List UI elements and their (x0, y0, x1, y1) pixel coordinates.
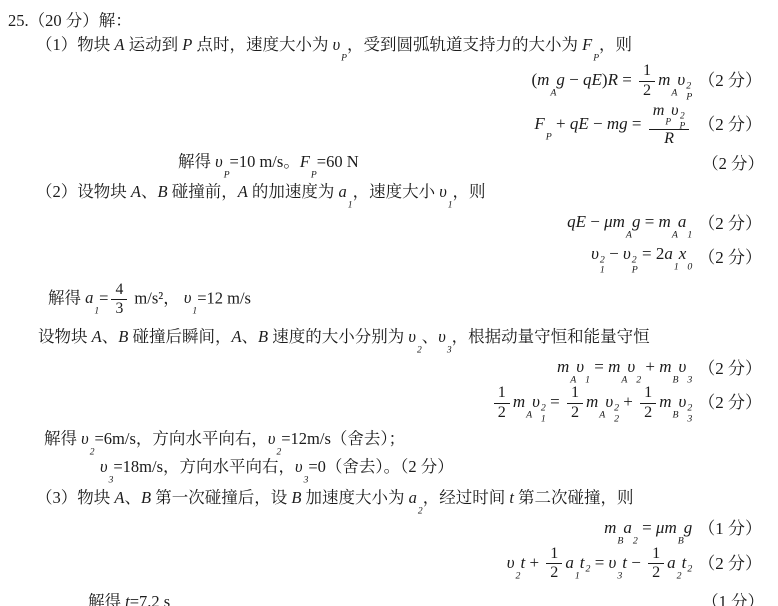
eq-energy-score: （2 分） (698, 70, 762, 93)
eq-kinematics-score: （2 分） (698, 247, 762, 270)
eq-circular-motion: FP + qE − mg = mPυ2PR （2 分） (8, 102, 764, 148)
solve-v2-line: 解得 υ2=6m/s，方向水平向右，υ2=12m/s（舍去）； (8, 428, 764, 454)
solve-vp-score: （2 分） (702, 153, 764, 175)
eq-kinetic-energy: 12mAυ21 = 12mAυ22 + 12mBυ23 （2 分） (8, 384, 764, 422)
eq-newton-a1-score: （2 分） (698, 213, 762, 236)
eq-energy-formula: (mAg − qE)R = 12mAυ2P (531, 62, 692, 100)
eq-kinetic-energy-score: （2 分） (698, 392, 762, 415)
eq-newton-a1: qE − μmAg = mAa1 （2 分） (8, 211, 764, 237)
problem-number-header: 25.（20 分）解： (8, 10, 764, 32)
eq-kinematics-formula: υ21 − υ2P = 2a1x0 (591, 243, 692, 273)
solve-vp-text: 解得 υP=10 m/s。FP=60 N (178, 151, 359, 177)
eq-momentum-formula: mAυ1 = mAυ2 + mBυ3 (557, 356, 692, 382)
eq-newton-b-formula: mBa2 = μmBg (604, 517, 692, 543)
exam-solution-page: 25.（20 分）解： （1）物块 A 运动到 P 点时，速度大小为 υP，受到… (0, 0, 778, 606)
eq-energy-at-p: (mAg − qE)R = 12mAυ2P （2 分） (8, 62, 764, 100)
step1-intro-line: （1）物块 A 运动到 P 点时，速度大小为 υP，受到圆弧轨道支持力的大小为 … (8, 34, 764, 60)
solve-v3-line: υ3=18m/s，方向水平向右，υ3=0（舍去）。（2 分） (8, 456, 764, 482)
eq-newton-a1-formula: qE − μmAg = mAa1 (567, 211, 692, 237)
step3-intro-line: （3）物块 A、B 第一次碰撞后，设 B 加速度大小为 a2，经过时间 t 第二… (8, 487, 764, 513)
solve-vp-line: 解得 υP=10 m/s。FP=60 N （2 分） (8, 151, 764, 177)
eq-newton-b-score: （1 分） (698, 518, 762, 541)
eq-kinematics: υ21 − υ2P = 2a1x0 （2 分） (8, 243, 764, 273)
step2-intro-line: （2）设物块 A、B 碰撞前，A 的加速度为 a1，速度大小 υ1，则 (8, 181, 764, 207)
solve-t-score: （1 分） (702, 591, 764, 606)
eq-momentum: mAυ1 = mAυ2 + mBυ3 （2 分） (8, 356, 764, 382)
eq-circular-score: （2 分） (698, 114, 762, 137)
eq-second-collision: υ2t + 12a1t2 = υ3t − 12a2t2 （2 分） (8, 545, 764, 583)
eq-circular-formula: FP + qE − mg = mPυ2PR (534, 102, 692, 148)
eq-newton-b: mBa2 = μmBg （1 分） (8, 517, 764, 543)
eq-momentum-score: （2 分） (698, 358, 762, 381)
collision-intro-line: 设物块 A、B 碰撞后瞬间，A、B 速度的大小分别为 υ2、υ3，根据动量守恒和… (8, 326, 764, 352)
eq-second-collision-score: （2 分） (698, 553, 762, 576)
solve-a1-line: 解得 a1=43 m/s²， υ1=12 m/s (8, 281, 764, 318)
solve-t-line: 解得 t=7.2 s （1 分） (8, 591, 764, 606)
solve-t-text: 解得 t=7.2 s (88, 591, 170, 606)
eq-kinetic-energy-formula: 12mAυ21 = 12mAυ22 + 12mBυ23 (491, 384, 693, 422)
eq-second-collision-formula: υ2t + 12a1t2 = υ3t − 12a2t2 (507, 545, 693, 583)
